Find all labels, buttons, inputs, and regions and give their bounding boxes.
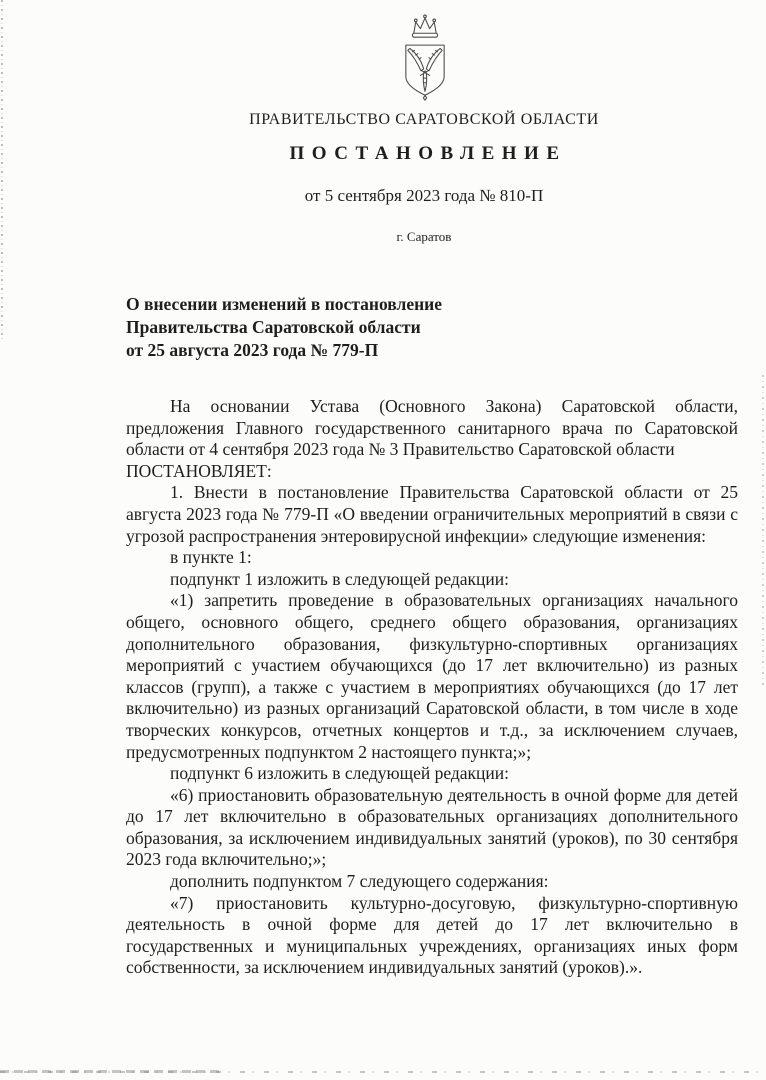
body-paragraph-resolves: ПОСТАНОВЛЯЕТ:: [126, 461, 738, 483]
title-line-2: Правительства Саратовской области: [126, 316, 738, 339]
scan-artifact-bottom-edge: [0, 1071, 766, 1073]
title-line-1: О внесении изменений в постановление: [126, 293, 738, 316]
body-paragraph-subpoint-1-intro: подпункт 1 изложить в следующей редакции…: [126, 569, 738, 591]
organization-name: ПРАВИТЕЛЬСТВО САРАТОВСКОЙ ОБЛАСТИ: [90, 111, 758, 129]
body-paragraph-in-point-1: в пункте 1:: [126, 547, 738, 569]
body-paragraph-subpoint-1-text: «1) запретить проведение в образовательн…: [126, 590, 738, 763]
body-paragraph-subpoint-6-text: «6) приостановить образовательную деятел…: [126, 785, 738, 871]
saratov-coat-of-arms: [392, 13, 458, 101]
document-type-heading: ПОСТАНОВЛЕНИЕ: [94, 143, 762, 165]
body-paragraph-subpoint-7-text: «7) приостановить культурно-досуговую, ф…: [126, 893, 738, 979]
body-paragraph-item-1: 1. Внести в постановление Правительства …: [126, 482, 738, 547]
document-title: О внесении изменений в постановление Пра…: [126, 293, 738, 362]
date-number-line: от 5 сентября 2023 года № 810-П: [90, 186, 758, 206]
scan-artifact-left-edge: [1, 0, 3, 340]
body-paragraph-subpoint-7-intro: дополнить подпунктом 7 следующего содерж…: [126, 871, 738, 893]
body-paragraph-subpoint-6-intro: подпункт 6 изложить в следующей редакции…: [126, 763, 738, 785]
scan-artifact-right-edge: [762, 375, 764, 685]
city-line: г. Саратов: [90, 229, 758, 245]
title-line-3: от 25 августа 2023 года № 779-П: [126, 339, 738, 362]
body-paragraph-preamble: На основании Устава (Основного Закона) С…: [126, 396, 738, 461]
document-body: На основании Устава (Основного Закона) С…: [126, 396, 738, 979]
document-page: ПРАВИТЕЛЬСТВО САРАТОВСКОЙ ОБЛАСТИ ПОСТАН…: [0, 0, 766, 1080]
